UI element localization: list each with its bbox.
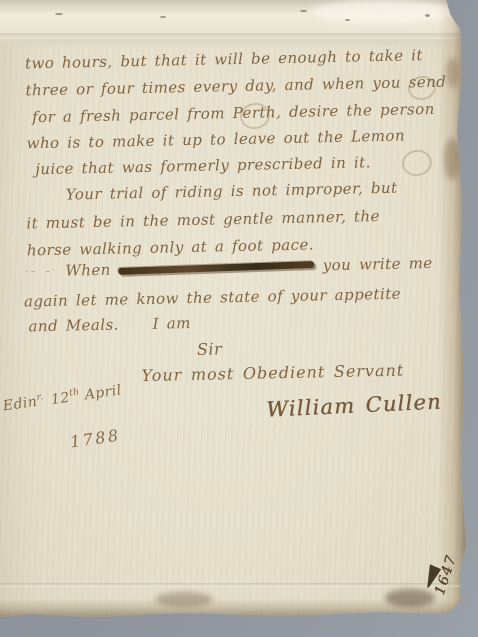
letter-line-11: and Meals. I am bbox=[28, 316, 191, 334]
letter-line-scored: ·– –· When you write me bbox=[25, 256, 433, 280]
dateline-place-sup: r. bbox=[36, 392, 44, 403]
signature: William Cullen bbox=[266, 392, 442, 421]
letter-line-5: juice that was formerly prescribed in it… bbox=[35, 155, 371, 177]
i-am-text: I am bbox=[152, 314, 191, 333]
letter-line-6: Your trial of riding is not improper, bu… bbox=[66, 181, 398, 203]
letter-line-8: horse walking only at a foot pace. bbox=[27, 237, 314, 258]
meals-text: and Meals. bbox=[28, 316, 119, 336]
letter-line-1: two hours, but that it will be enough to… bbox=[25, 48, 423, 71]
closing-salutation: Sir bbox=[197, 341, 222, 358]
scored-out-words bbox=[119, 261, 315, 275]
letter-line-2: three or four times every day, and when … bbox=[25, 75, 446, 99]
letter-body: two hours, but that it will be enough to… bbox=[0, 0, 478, 637]
scored-line-suffix: you write me bbox=[323, 256, 433, 273]
margin-marks: ·– –· bbox=[25, 266, 57, 277]
letter-page: two hours, but that it will be enough to… bbox=[0, 0, 478, 637]
photo-background: two hours, but that it will be enough to… bbox=[0, 0, 478, 637]
letter-line-7: it must be in the most gentle manner, th… bbox=[26, 209, 380, 231]
letter-line-3: for a fresh parcel from Perth, desire th… bbox=[32, 102, 435, 125]
letter-line-10: again let me know the state of your appe… bbox=[24, 287, 401, 310]
closing-valediction: Your most Obedient Servant bbox=[141, 363, 404, 384]
letter-line-4: who is to make it up to leave out the Le… bbox=[27, 129, 406, 152]
scored-line-prefix: When bbox=[65, 263, 111, 279]
dateline-day-sup: th bbox=[68, 387, 80, 398]
